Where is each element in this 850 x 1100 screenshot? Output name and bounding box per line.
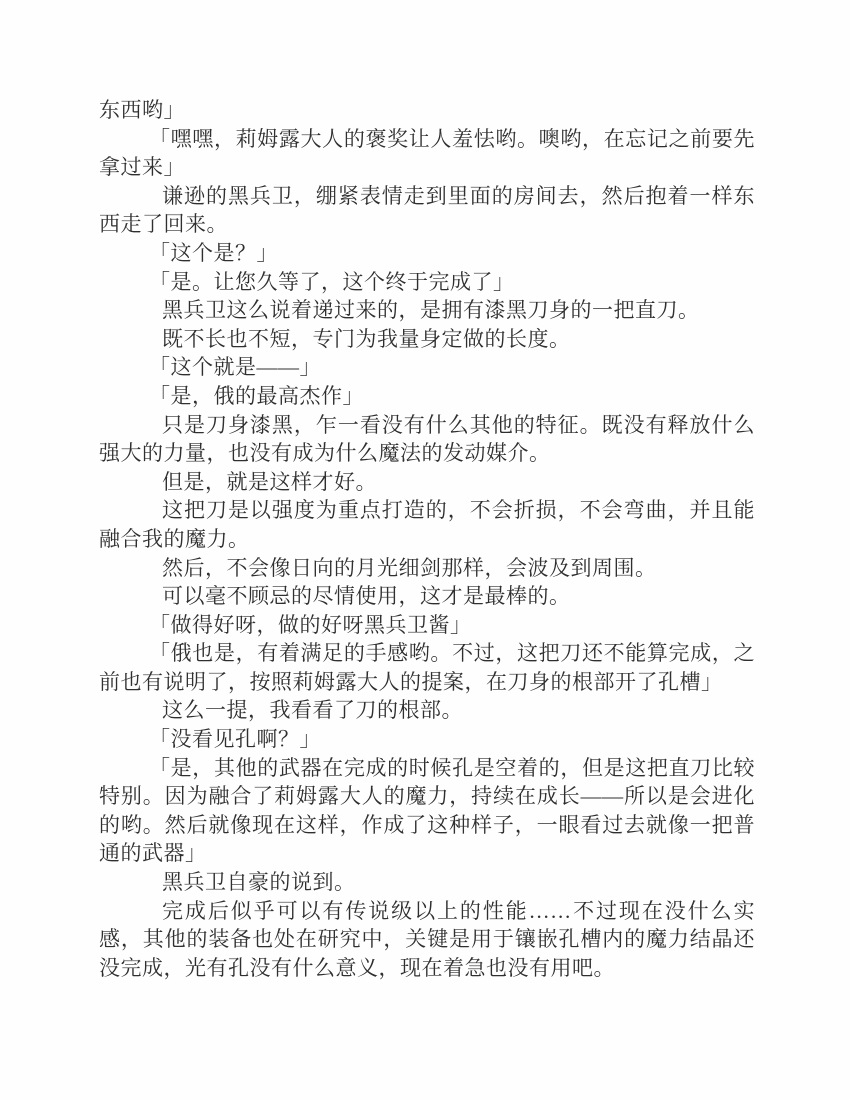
paragraph-narration: 完成后似乎可以有传说级以上的性能……不过现在没什么实感，其他的装备也处在研究中，… [99,897,755,983]
paragraph-narration: 黑兵卫自豪的说到。 [99,868,755,897]
paragraph-narration: 既不长也不短，专门为我量身定做的长度。 [99,325,755,354]
novel-page: 东西哟」「嘿嘿，莉姆露大人的褒奖让人羞怯哟。噢哟，在忘记之前要先拿过来」谦逊的黑… [0,0,850,1100]
paragraph-dialogue: 「做得好呀，做的好呀黑兵卫酱」 [99,611,755,640]
paragraph-dialogue: 「俄也是，有着满足的手感哟。不过，这把刀还不能算完成，之前也有说明了，按照莉姆露… [99,639,755,696]
paragraph-narration: 但是，就是这样才好。 [99,468,755,497]
paragraph-dialogue: 「是。让您久等了，这个终于完成了」 [99,268,755,297]
paragraph-narration: 黑兵卫这么说着递过来的，是拥有漆黑刀身的一把直刀。 [99,296,755,325]
paragraph-dialogue: 「这个是？」 [99,239,755,268]
novel-text-block: 东西哟」「嘿嘿，莉姆露大人的褒奖让人羞怯哟。噢哟，在忘记之前要先拿过来」谦逊的黑… [99,96,755,982]
paragraph-dialogue: 「没看见孔啊？」 [99,725,755,754]
paragraph-dialogue: 「嘿嘿，莉姆露大人的褒奖让人羞怯哟。噢哟，在忘记之前要先拿过来」 [99,125,755,182]
paragraph-narration: 这么一提，我看看了刀的根部。 [99,696,755,725]
paragraph-narration: 然后，不会像日向的月光细剑那样，会波及到周围。 [99,554,755,583]
paragraph-narration: 这把刀是以强度为重点打造的，不会折损，不会弯曲，并且能融合我的魔力。 [99,496,755,553]
paragraph-dialogue: 「这个就是——」 [99,353,755,382]
paragraph-dialogue: 「是，其他的武器在完成的时候孔是空着的，但是这把直刀比较特别。因为融合了莉姆露大… [99,754,755,868]
paragraph-dialogue: 「是，俄的最高杰作」 [99,382,755,411]
paragraph-narration: 只是刀身漆黑，乍一看没有什么其他的特征。既没有释放什么强大的力量，也没有成为什么… [99,411,755,468]
paragraph-continuation: 东西哟」 [99,96,755,125]
paragraph-narration: 谦逊的黑兵卫，绷紧表情走到里面的房间去，然后抱着一样东西走了回来。 [99,182,755,239]
paragraph-narration: 可以毫不顾忌的尽情使用，这才是最棒的。 [99,582,755,611]
